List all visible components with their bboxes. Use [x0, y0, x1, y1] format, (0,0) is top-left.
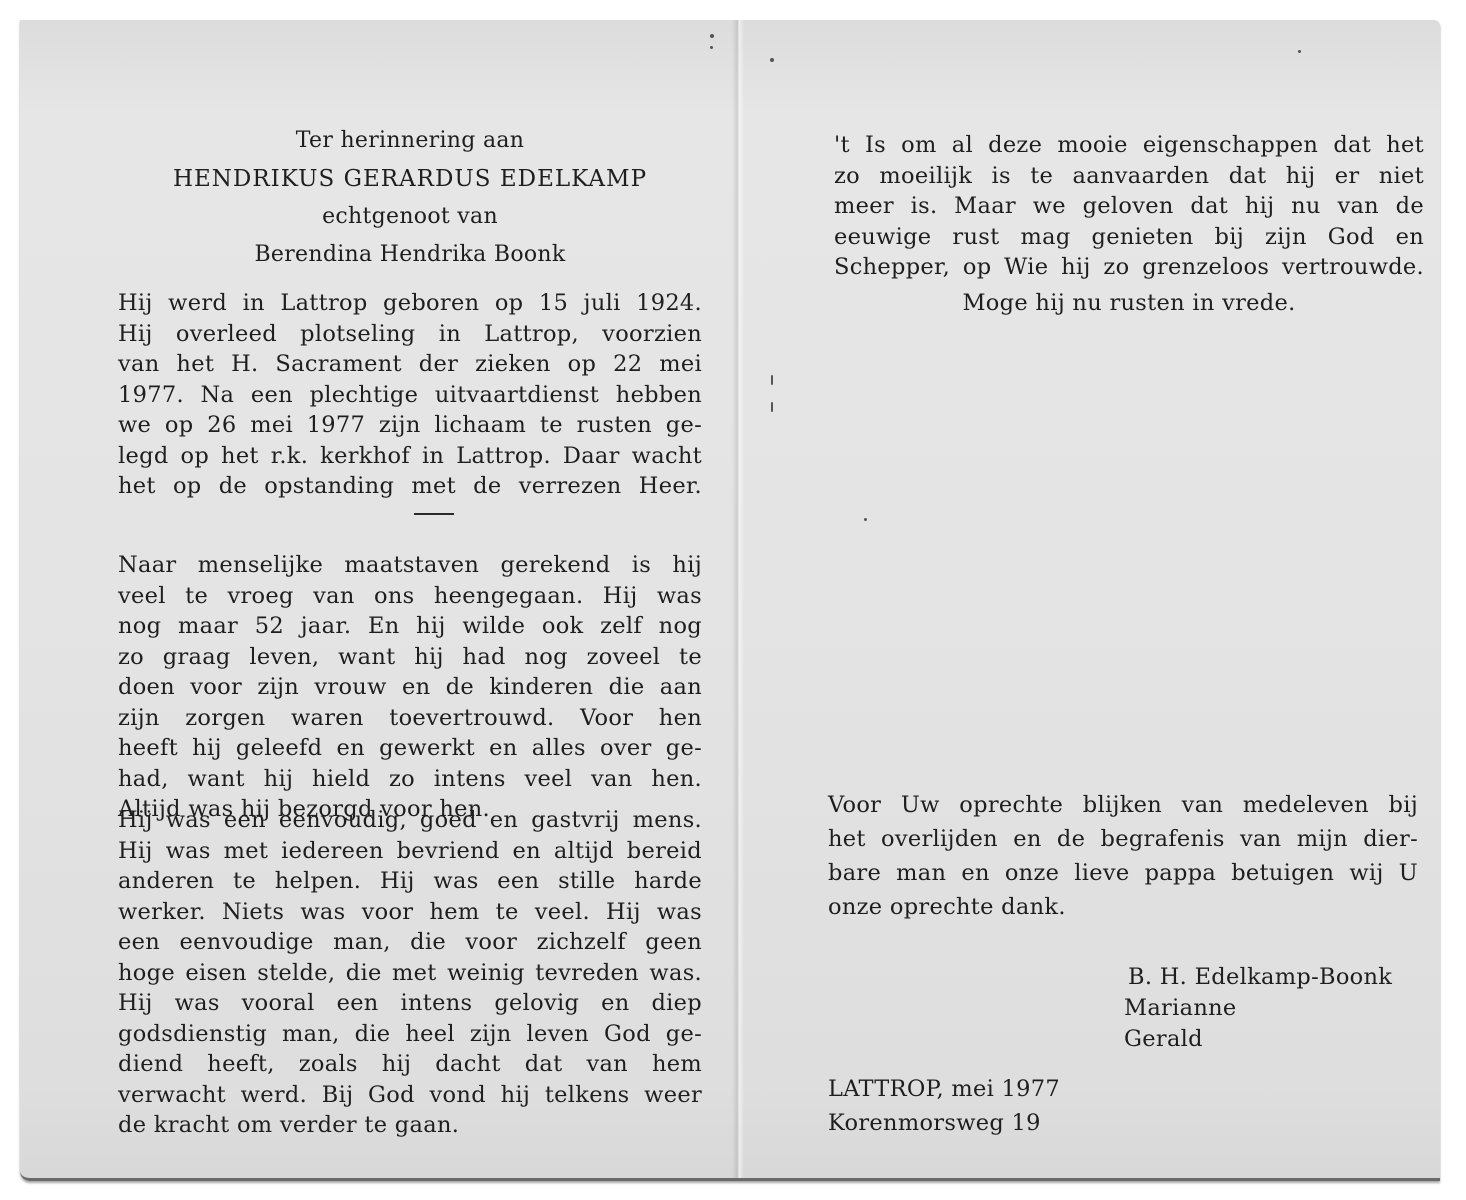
text-line: Schepper, op Wie hij zo grenzeloos vertr…: [834, 252, 1424, 283]
text-line: meer is. Maar we geloven dat hij nu van …: [834, 191, 1424, 222]
signature-child: Marianne: [1124, 993, 1392, 1024]
text-line: de kracht om verder te gaan.: [118, 1110, 702, 1141]
paper-speck: [710, 34, 714, 38]
text-line: Hij was een eenvoudig, goed en gastvrij …: [118, 805, 702, 836]
paper-mark: [771, 375, 773, 385]
place-and-address: LATTROP, mei 1977 Korenmorsweg 19: [828, 1072, 1060, 1140]
text-line: 1977. Na een plechtige uitvaartdienst he…: [118, 380, 702, 411]
text-line: het op de opstanding met de verrezen Hee…: [118, 471, 702, 502]
text-line: zo graag leven, want hij had nog zoveel …: [118, 642, 702, 673]
text-line: Hij was vooral een intens gelovig en die…: [118, 988, 702, 1019]
text-line: Hij was met iedereen bevriend en altijd …: [118, 836, 702, 867]
paper-speck: [1298, 50, 1301, 53]
text-line: zijn zorgen waren toevertrouwd. Voor hen: [118, 703, 702, 734]
text-line: Voor Uw oprechte blijken van medeleven b…: [828, 788, 1418, 822]
section-divider: [414, 513, 454, 515]
text-line: diend heeft, zoals hij dacht dat van hem: [118, 1049, 702, 1080]
text-line: hoge eisen stelde, die met weinig tevred…: [118, 958, 702, 989]
deceased-name: HENDRIKUS GERARDUS EDELKAMP: [110, 160, 710, 198]
right-panel: 't Is om al deze mooie eigenschappen dat…: [738, 20, 1440, 1178]
heading-intro: Ter herinnering aan: [110, 122, 710, 160]
text-line: legd op het r.k. kerkhof in Lattrop. Daa…: [118, 441, 702, 472]
text-line: Hij werd in Lattrop geboren op 15 juli 1…: [118, 288, 702, 319]
heading-relation: echtgenoot van: [110, 198, 710, 236]
spouse-name: Berendina Hendrika Boonk: [110, 236, 710, 274]
text-line: onze oprechte dank.: [828, 890, 1418, 924]
prayer-line: Moge hij nu rusten in vrede.: [834, 288, 1424, 319]
text-line: we op 26 mei 1977 zijn lichaam te rusten…: [118, 410, 702, 441]
text-line: 't Is om al deze mooie eigenschappen dat…: [834, 130, 1424, 161]
signature-widow: B. H. Edelkamp-Boonk: [1124, 962, 1392, 993]
text-line: anderen te helpen. Hij was een stille ha…: [118, 866, 702, 897]
place-date: LATTROP, mei 1977: [828, 1072, 1060, 1106]
text-line: doen voor zijn vrouw en de kinderen die …: [118, 672, 702, 703]
paper-speck: [864, 518, 867, 521]
faith-paragraph: 't Is om al deze mooie eigenschappen dat…: [834, 130, 1424, 283]
signature-child: Gerald: [1124, 1024, 1392, 1055]
text-line: eeuwige rust mag genieten bij zijn God e…: [834, 222, 1424, 253]
text-line: had, want hij hield zo intens veel van h…: [118, 764, 702, 795]
memorial-card: Ter herinnering aan HENDRIKUS GERARDUS E…: [20, 20, 1440, 1181]
character-paragraph: Hij was een eenvoudig, goed en gastvrij …: [118, 805, 702, 1141]
signatures: B. H. Edelkamp-Boonk Marianne Gerald: [1124, 962, 1392, 1055]
left-panel: Ter herinnering aan HENDRIKUS GERARDUS E…: [20, 20, 738, 1178]
text-line: een eenvoudige man, die voor zichzelf ge…: [118, 927, 702, 958]
text-line: van het H. Sacrament der zieken op 22 me…: [118, 349, 702, 380]
remembrance-paragraph: Naar menselijke maatstaven gerekend is h…: [118, 550, 702, 825]
text-line: werker. Niets was voor hem te veel. Hij …: [118, 897, 702, 928]
memorial-heading: Ter herinnering aan HENDRIKUS GERARDUS E…: [110, 122, 710, 274]
text-line: Hij overleed plotseling in Lattrop, voor…: [118, 319, 702, 350]
text-line: Naar menselijke maatstaven gerekend is h…: [118, 550, 702, 581]
biography-paragraph: Hij werd in Lattrop geboren op 15 juli 1…: [118, 288, 702, 502]
text-line: het overlijden en de begrafenis van mijn…: [828, 822, 1418, 856]
text-line: bare man en onze lieve pappa betuigen wi…: [828, 856, 1418, 890]
text-line: zo moeilijk is te aanvaarden dat hij er …: [834, 161, 1424, 192]
text-line: veel te vroeg van ons heengegaan. Hij wa…: [118, 581, 702, 612]
text-line: heeft hij geleefd en gewerkt en alles ov…: [118, 733, 702, 764]
thanks-paragraph: Voor Uw oprechte blijken van medeleven b…: [828, 788, 1418, 924]
paper-mark: [771, 402, 773, 412]
paper-speck: [770, 58, 774, 62]
text-line: godsdienstig man, die heel zijn leven Go…: [118, 1019, 702, 1050]
text-line: verwacht werd. Bij God vond hij telkens …: [118, 1080, 702, 1111]
address: Korenmorsweg 19: [828, 1106, 1060, 1140]
paper-speck: [710, 46, 713, 49]
text-line: nog maar 52 jaar. En hij wilde ook zelf …: [118, 611, 702, 642]
